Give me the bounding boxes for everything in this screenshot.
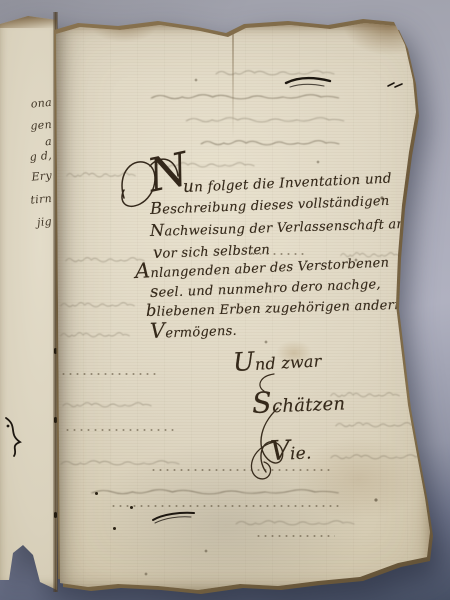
ink-smudge — [151, 510, 197, 526]
ink-blot-mark — [2, 412, 28, 458]
left-page-text-fragment: tirn — [2, 192, 53, 209]
ink-bleedthrough — [330, 452, 425, 462]
ink-bleedthrough — [60, 458, 180, 468]
left-page-text-fragment: jig — [2, 215, 53, 232]
ink-bleedthrough — [335, 420, 420, 430]
ink-bleedthrough — [150, 92, 340, 102]
ink-dot — [113, 527, 116, 530]
ink-bleedthrough-dots — [60, 372, 160, 376]
left-page-text-fragment: gen — [2, 118, 53, 135]
ink-bleedthrough — [185, 115, 345, 125]
left-page: ona gen a g d, Ery tirn jig — [0, 10, 57, 592]
ink-bleedthrough — [235, 518, 355, 528]
ink-bleedthrough-dots — [255, 534, 335, 538]
ink-bleedthrough — [60, 300, 135, 310]
binding-stitch — [54, 417, 57, 423]
left-page-aged-edge — [0, 10, 57, 28]
closing-flourish — [242, 438, 282, 484]
manuscript-photo: ona gen a g d, Ery tirn jig — [0, 0, 450, 600]
open-book: ona gen a g d, Ery tirn jig — [0, 0, 450, 600]
ink-dashes — [386, 80, 404, 90]
handwritten-line: Vermögens. — [150, 316, 238, 343]
ink-bleedthrough — [65, 255, 145, 265]
left-page-text-fragment: ona — [2, 96, 53, 113]
ink-bleedthrough — [62, 400, 152, 410]
binding-stitch — [54, 512, 57, 518]
ink-bleedthrough — [60, 330, 130, 340]
ink-bleedthrough-dots — [110, 504, 340, 508]
ink-bleedthrough — [200, 138, 340, 148]
ink-smudge — [284, 75, 334, 91]
ink-dot — [95, 492, 98, 495]
ink-dot — [130, 506, 133, 509]
right-page: N un folget die Inventation und Beschrei… — [56, 20, 434, 594]
ink-bleedthrough — [90, 487, 340, 497]
ink-bleedthrough-dots — [64, 428, 174, 432]
left-page-text-fragment: Ery — [2, 169, 53, 186]
